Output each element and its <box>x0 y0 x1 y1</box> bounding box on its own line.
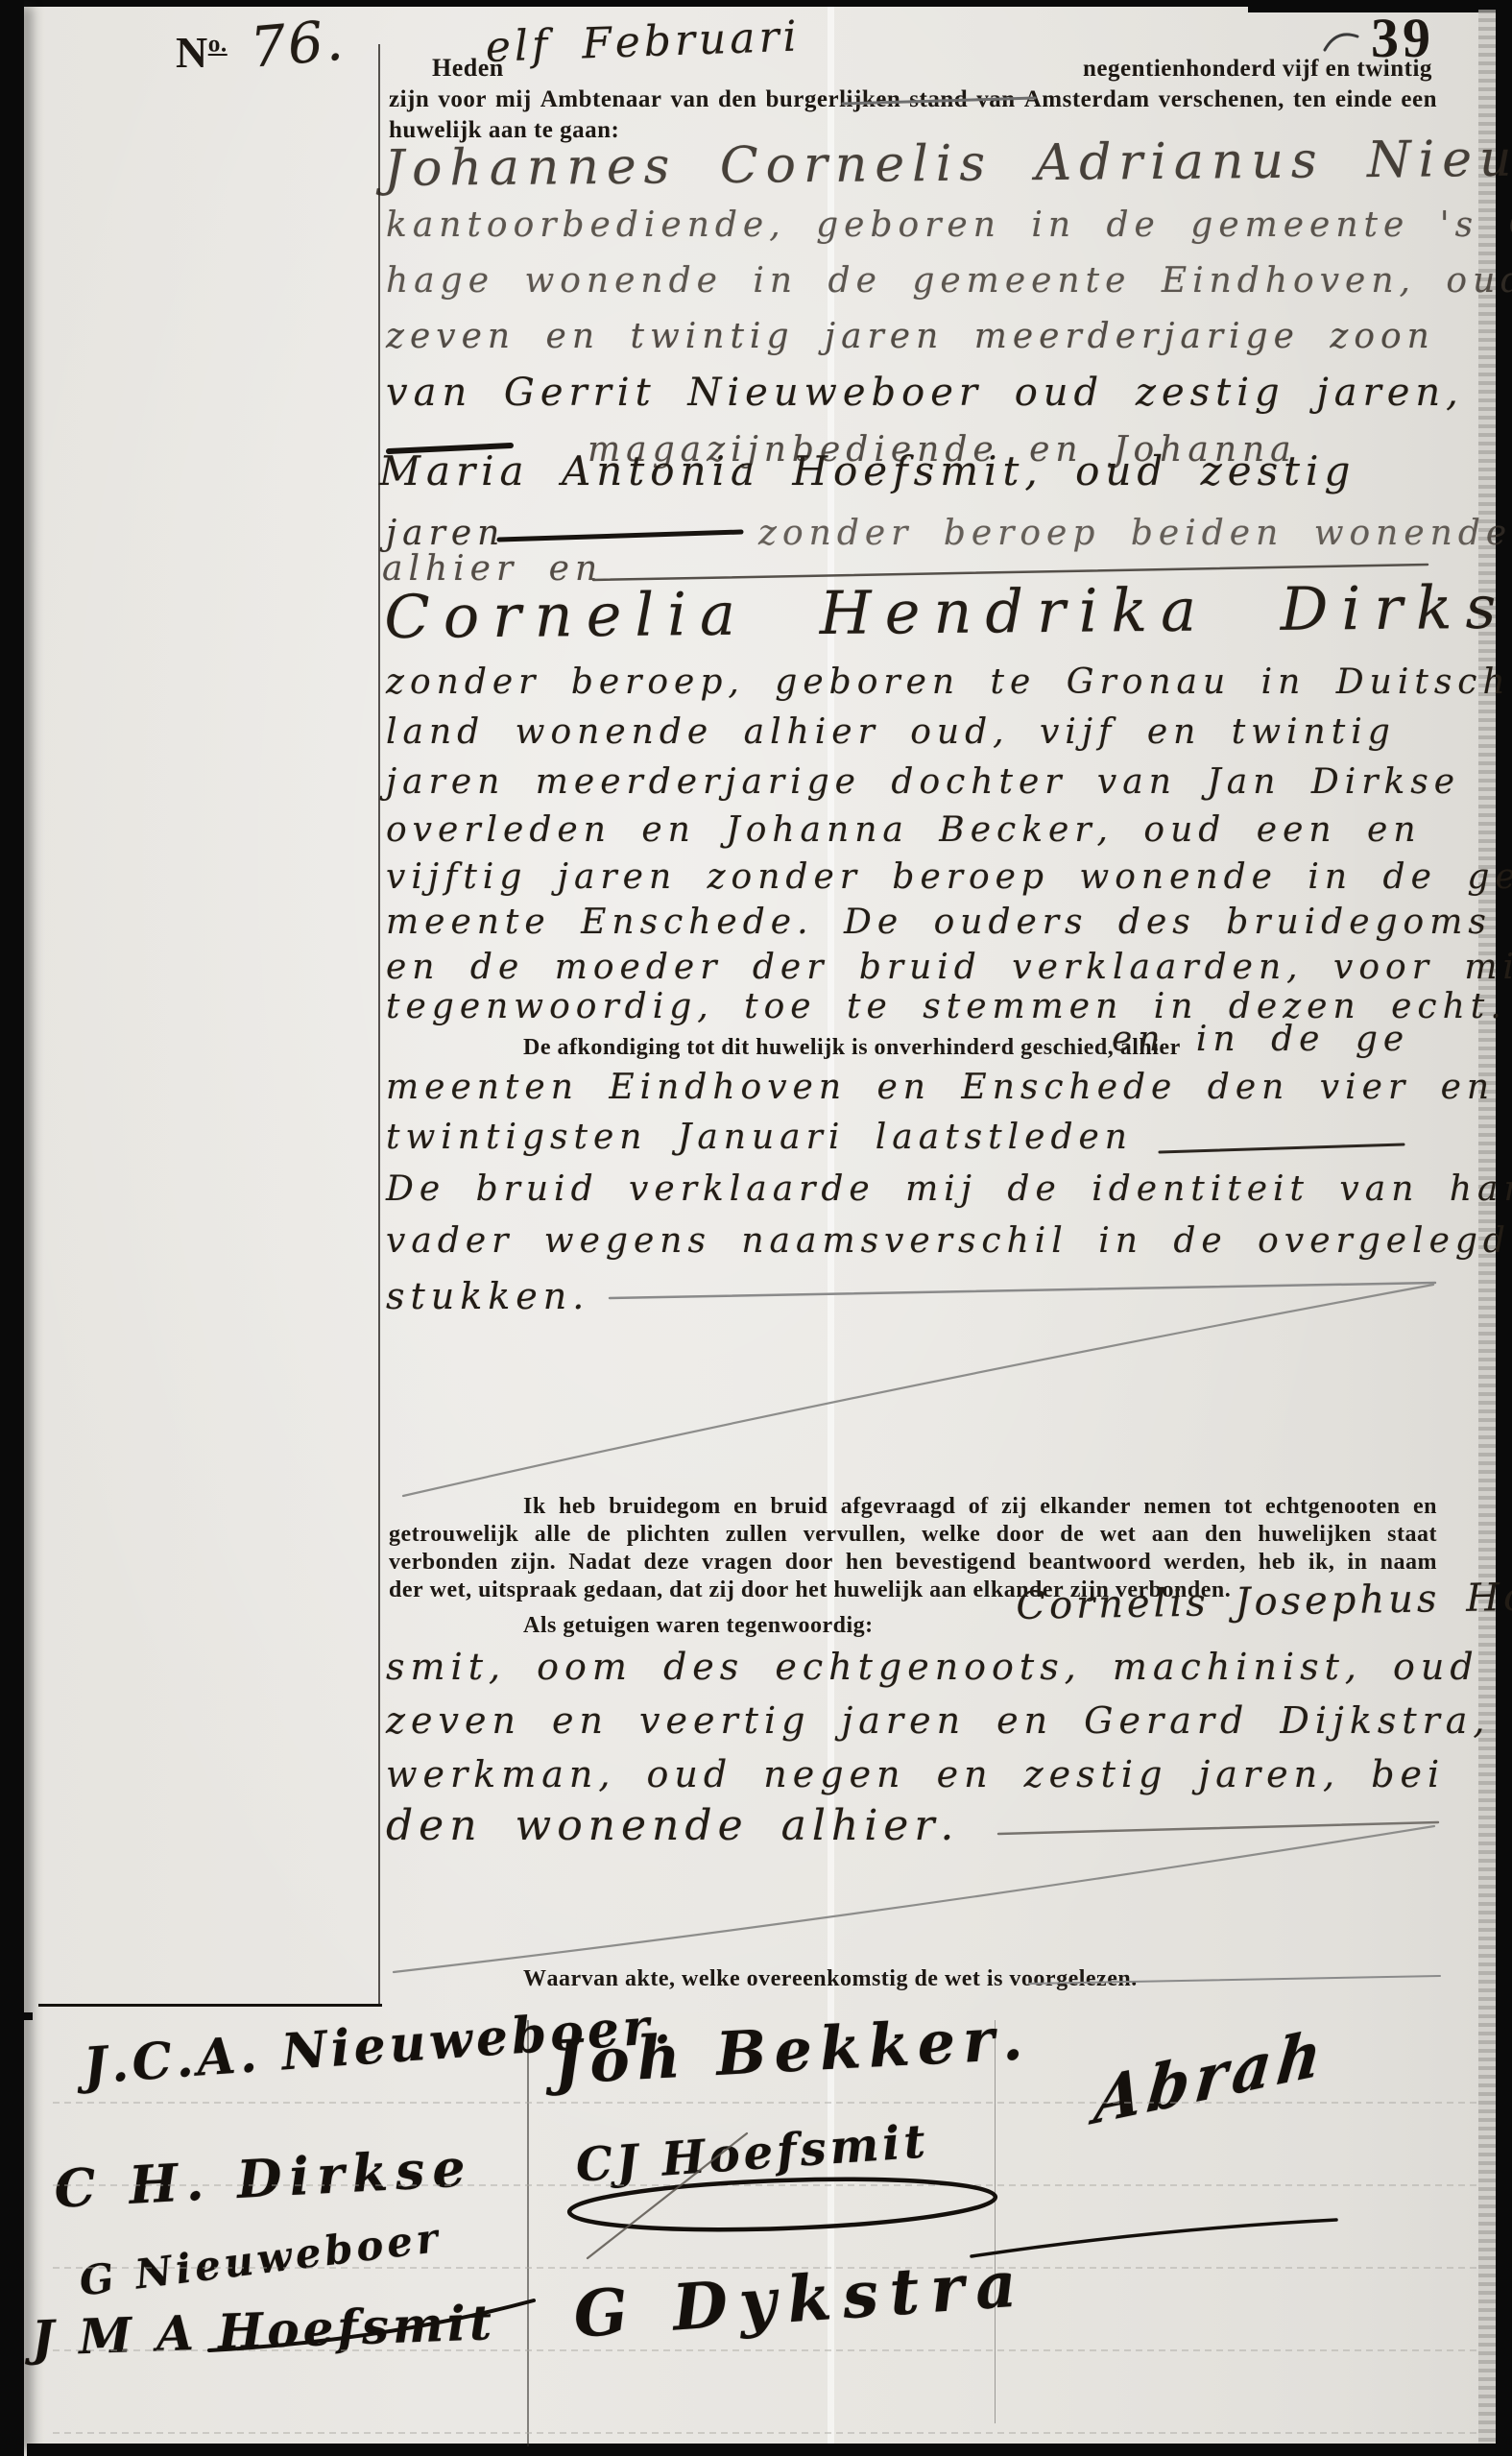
signature-bride: C H. Dirkse <box>53 2136 474 2220</box>
bride-line-6: vijftig jaren zonder beroep wonende in d… <box>386 857 1512 897</box>
signature-witness-dykstra: G Dykstra <box>571 2246 1030 2352</box>
banns-handwritten-2: meenten Eindhoven en Enschede den vier e… <box>386 1068 1495 1107</box>
banns-handwritten-4: De bruid verklaarde mij de identiteit va… <box>386 1169 1512 1209</box>
printed-header-line2: zijn voor mij Ambtenaar van den burgerli… <box>389 86 1437 113</box>
groom-line-3: hage wonende in de gemeente Eindhoven, o… <box>386 261 1512 301</box>
witness-handwritten-3: zeven en veertig jaren en Gerard Dijkstr… <box>386 1699 1491 1742</box>
signature-groom-mother: J M A Hoefsmit <box>31 2294 496 2367</box>
groom-line-2: kantoorbediende, geboren in de gemeente … <box>386 205 1512 245</box>
groom-line-8a: jaren <box>386 514 505 553</box>
signature-column-divider-2 <box>995 2020 996 2423</box>
marriage-certificate-scan: No. 76. 39 Heden elf Februari negentienh… <box>0 0 1512 2456</box>
banns-handwritten-1: en in de ge <box>1112 1020 1409 1059</box>
scan-edge-bottom <box>27 2444 1512 2456</box>
witness-handwritten-4: werkman, oud negen en zestig jaren, bei <box>386 1753 1445 1795</box>
groom-line-7: Maria Antonia Hoefsmit, oud zestig <box>379 447 1356 494</box>
vows-line-2: getrouwelijk alle de plichten zullen ver… <box>389 1522 1437 1548</box>
signature-registrar: Abrah <box>1092 2015 1331 2140</box>
groom-dash-jaren <box>499 532 741 540</box>
printed-closing: Waarvan akte, welke overeenkomstig de we… <box>523 1966 1138 1992</box>
banns-handwritten-5: vader wegens naamsverschil in de overgel… <box>386 1221 1512 1261</box>
signature-column-divider <box>527 2020 529 2446</box>
act-number-superscript: o. <box>208 31 228 58</box>
handwritten-date: elf Februari <box>485 12 801 72</box>
margin-rule-vertical <box>378 44 380 2005</box>
banns-handwritten-3: twintigsten Januari laatstleden <box>386 1118 1133 1157</box>
strike-after-alhier <box>998 1822 1438 1834</box>
vows-line-3: verbonden zijn. Nadat deze vragen door h… <box>389 1550 1437 1576</box>
banns-handwritten-6: stukken. <box>386 1275 589 1317</box>
bride-line-3: land wonende alhier oud, vijf en twintig <box>386 712 1396 752</box>
signature-witness-hoefsmit: CJ Hoefsmit <box>574 2114 930 2193</box>
printed-banns: De afkondiging tot dit huwelijk is onver… <box>523 1035 1181 1061</box>
act-number-label: No. <box>176 27 228 78</box>
witness-handwritten-2: smit, oom des echtgenoots, machinist, ou… <box>386 1646 1479 1688</box>
margin-rule-bottom <box>38 2004 382 2007</box>
witness-handwritten-5: den wonende alhier. <box>386 1801 959 1850</box>
scan-edge-left <box>0 0 24 2456</box>
printed-year: negentienhonderd vijf en twintig <box>1083 56 1432 83</box>
bride-name: Cornelia Hendrika Dirkse <box>384 571 1512 652</box>
bride-line-5: overleden en Johanna Becker, oud een en <box>386 810 1422 850</box>
margin-rule-tick <box>0 2012 33 2020</box>
signature-groom-father: G Nieuweboer <box>77 2214 444 2305</box>
groom-name: Johannes Cornelis Adrianus Nieuweboer <box>384 129 1512 198</box>
bride-line-8: en de moeder der bruid verklaarden, voor… <box>386 948 1512 987</box>
strike-after-stukken <box>610 1283 1435 1298</box>
act-number-value: 76. <box>248 7 348 80</box>
printed-witnesses: Als getuigen waren tegenwoordig: <box>523 1613 874 1639</box>
witness-handwritten-1: Cornelis Josephus Hoef <box>1016 1575 1512 1628</box>
vows-line-1: Ik heb bruidegom en bruid afgevraagd of … <box>523 1494 1437 1520</box>
bride-line-2: zonder beroep, geboren te Gronau in Duit… <box>386 662 1511 702</box>
page-number-flourish <box>1325 35 1357 50</box>
flourish-underline-registrar <box>972 2220 1336 2256</box>
bride-line-7: meente Enschede. De ouders des bruidegom… <box>386 903 1492 942</box>
groom-line-8b: zonder beroep beiden wonende <box>758 514 1512 553</box>
bride-line-4: jaren meerderjarige dochter van Jan Dirk… <box>386 762 1460 802</box>
banns-dash-laatstleden <box>1160 1144 1404 1152</box>
groom-line-4: zeven en twintig jaren meerderjarige zoo… <box>386 317 1435 356</box>
groom-line-5: van Gerrit Nieuweboer oud zestig jaren, <box>386 371 1464 415</box>
